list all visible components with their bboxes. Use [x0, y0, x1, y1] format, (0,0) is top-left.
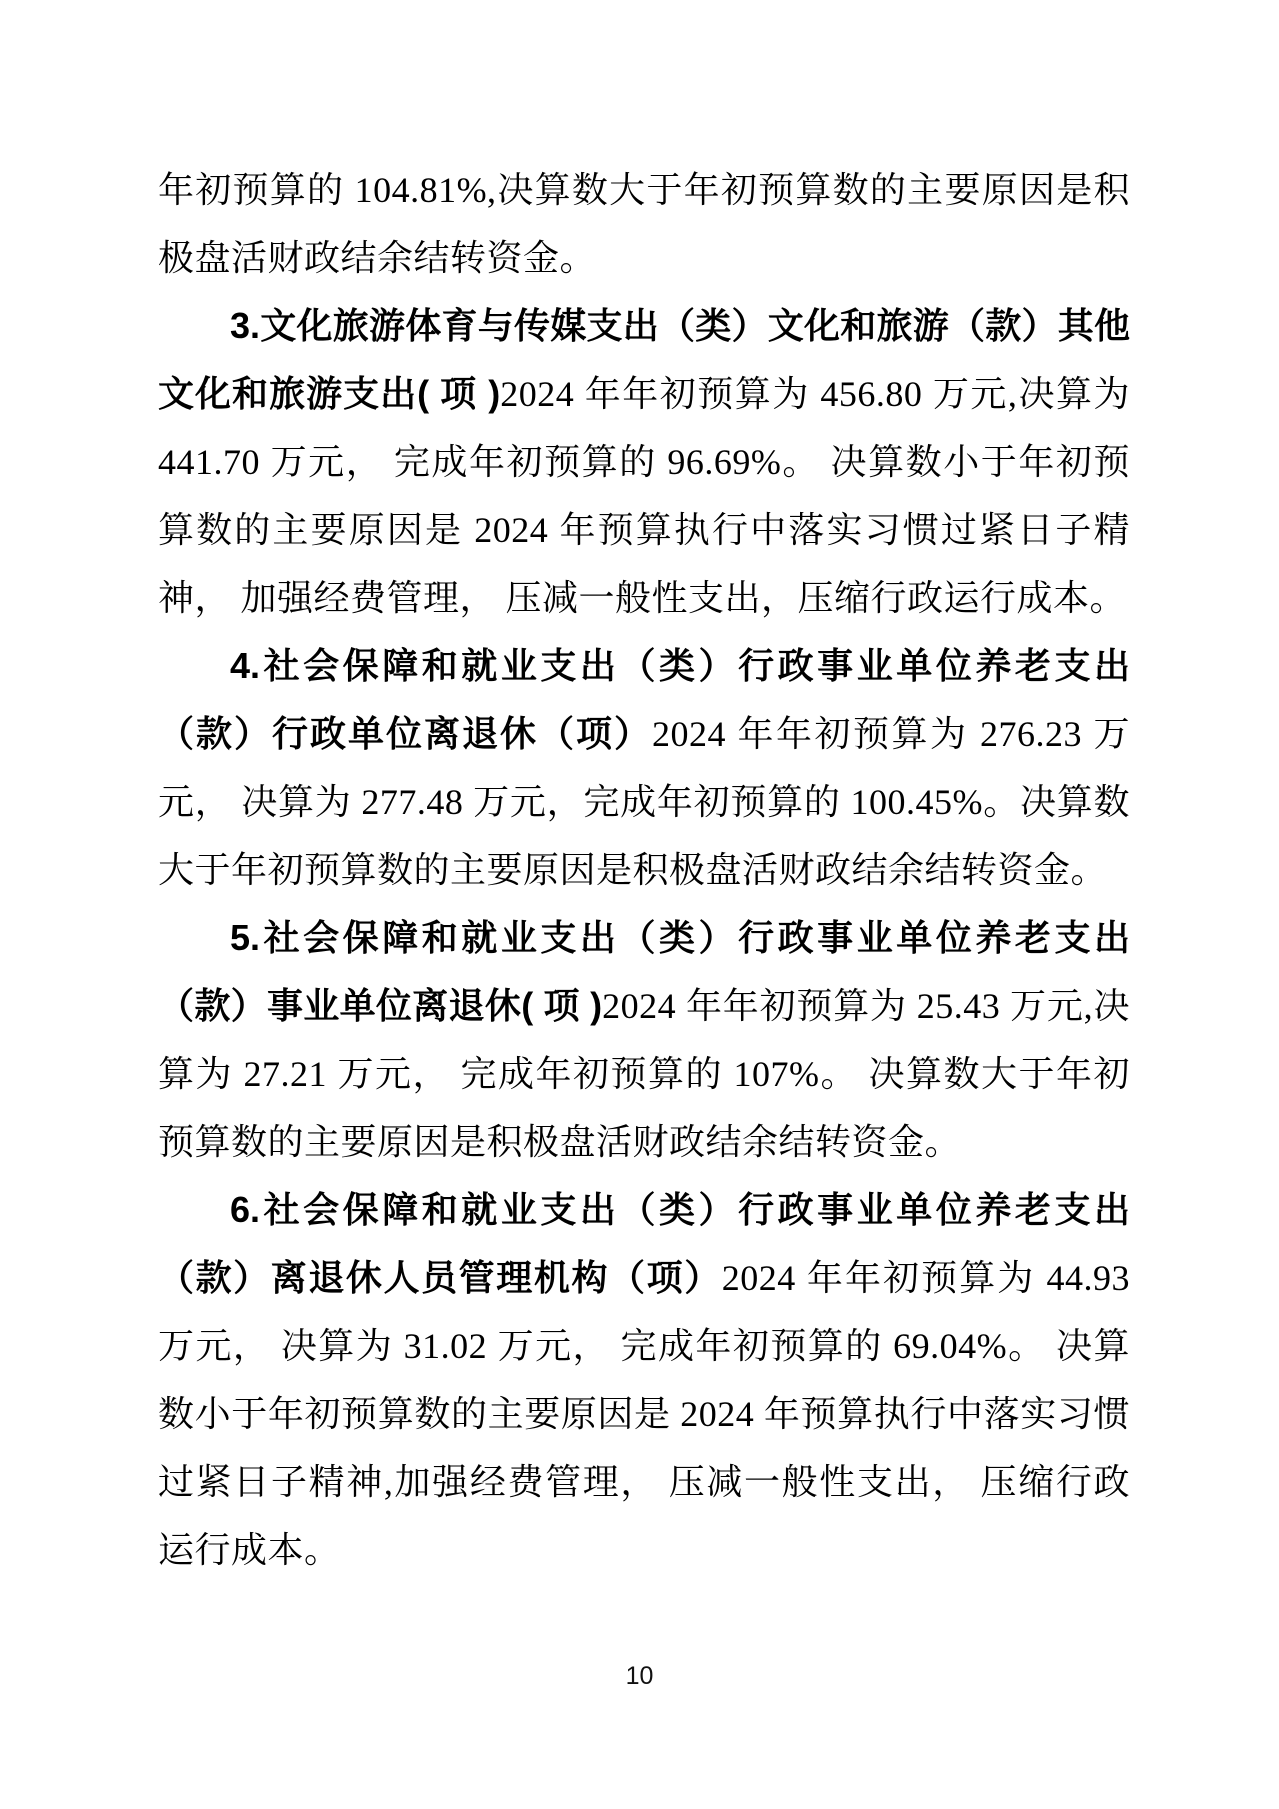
paragraph-item-4: 4.社会保障和就业支出（类）行政事业单位养老支出（款）行政单位离退休（项）202… — [158, 632, 1130, 904]
paragraph-item-6: 6.社会保障和就业支出（类）行政事业单位养老支出（款）离退休人员管理机构（项）2… — [158, 1176, 1130, 1584]
paragraph-text: 年初预算的 104.81%,决算数大于年初预算数的主要原因是积极盘活财政结余结转… — [158, 170, 1130, 278]
paragraph-item-5: 5.社会保障和就业支出（类）行政事业单位养老支出（款）事业单位离退休( 项 )2… — [158, 904, 1130, 1176]
paragraph-text: 2024 年年初预算为 44.93 万元， 决算为 31.02 万元， 完成年初… — [158, 1258, 1130, 1570]
paragraph-continuation: 年初预算的 104.81%,决算数大于年初预算数的主要原因是积极盘活财政结余结转… — [158, 156, 1130, 292]
document-page: 年初预算的 104.81%,决算数大于年初预算数的主要原因是积极盘活财政结余结转… — [0, 0, 1279, 1809]
document-body: 年初预算的 104.81%,决算数大于年初预算数的主要原因是积极盘活财政结余结转… — [158, 156, 1130, 1584]
page-number: 10 — [0, 1662, 1279, 1691]
paragraph-item-3: 3.文化旅游体育与传媒支出（类）文化和旅游（款）其他文化和旅游支出( 项 )20… — [158, 292, 1130, 632]
